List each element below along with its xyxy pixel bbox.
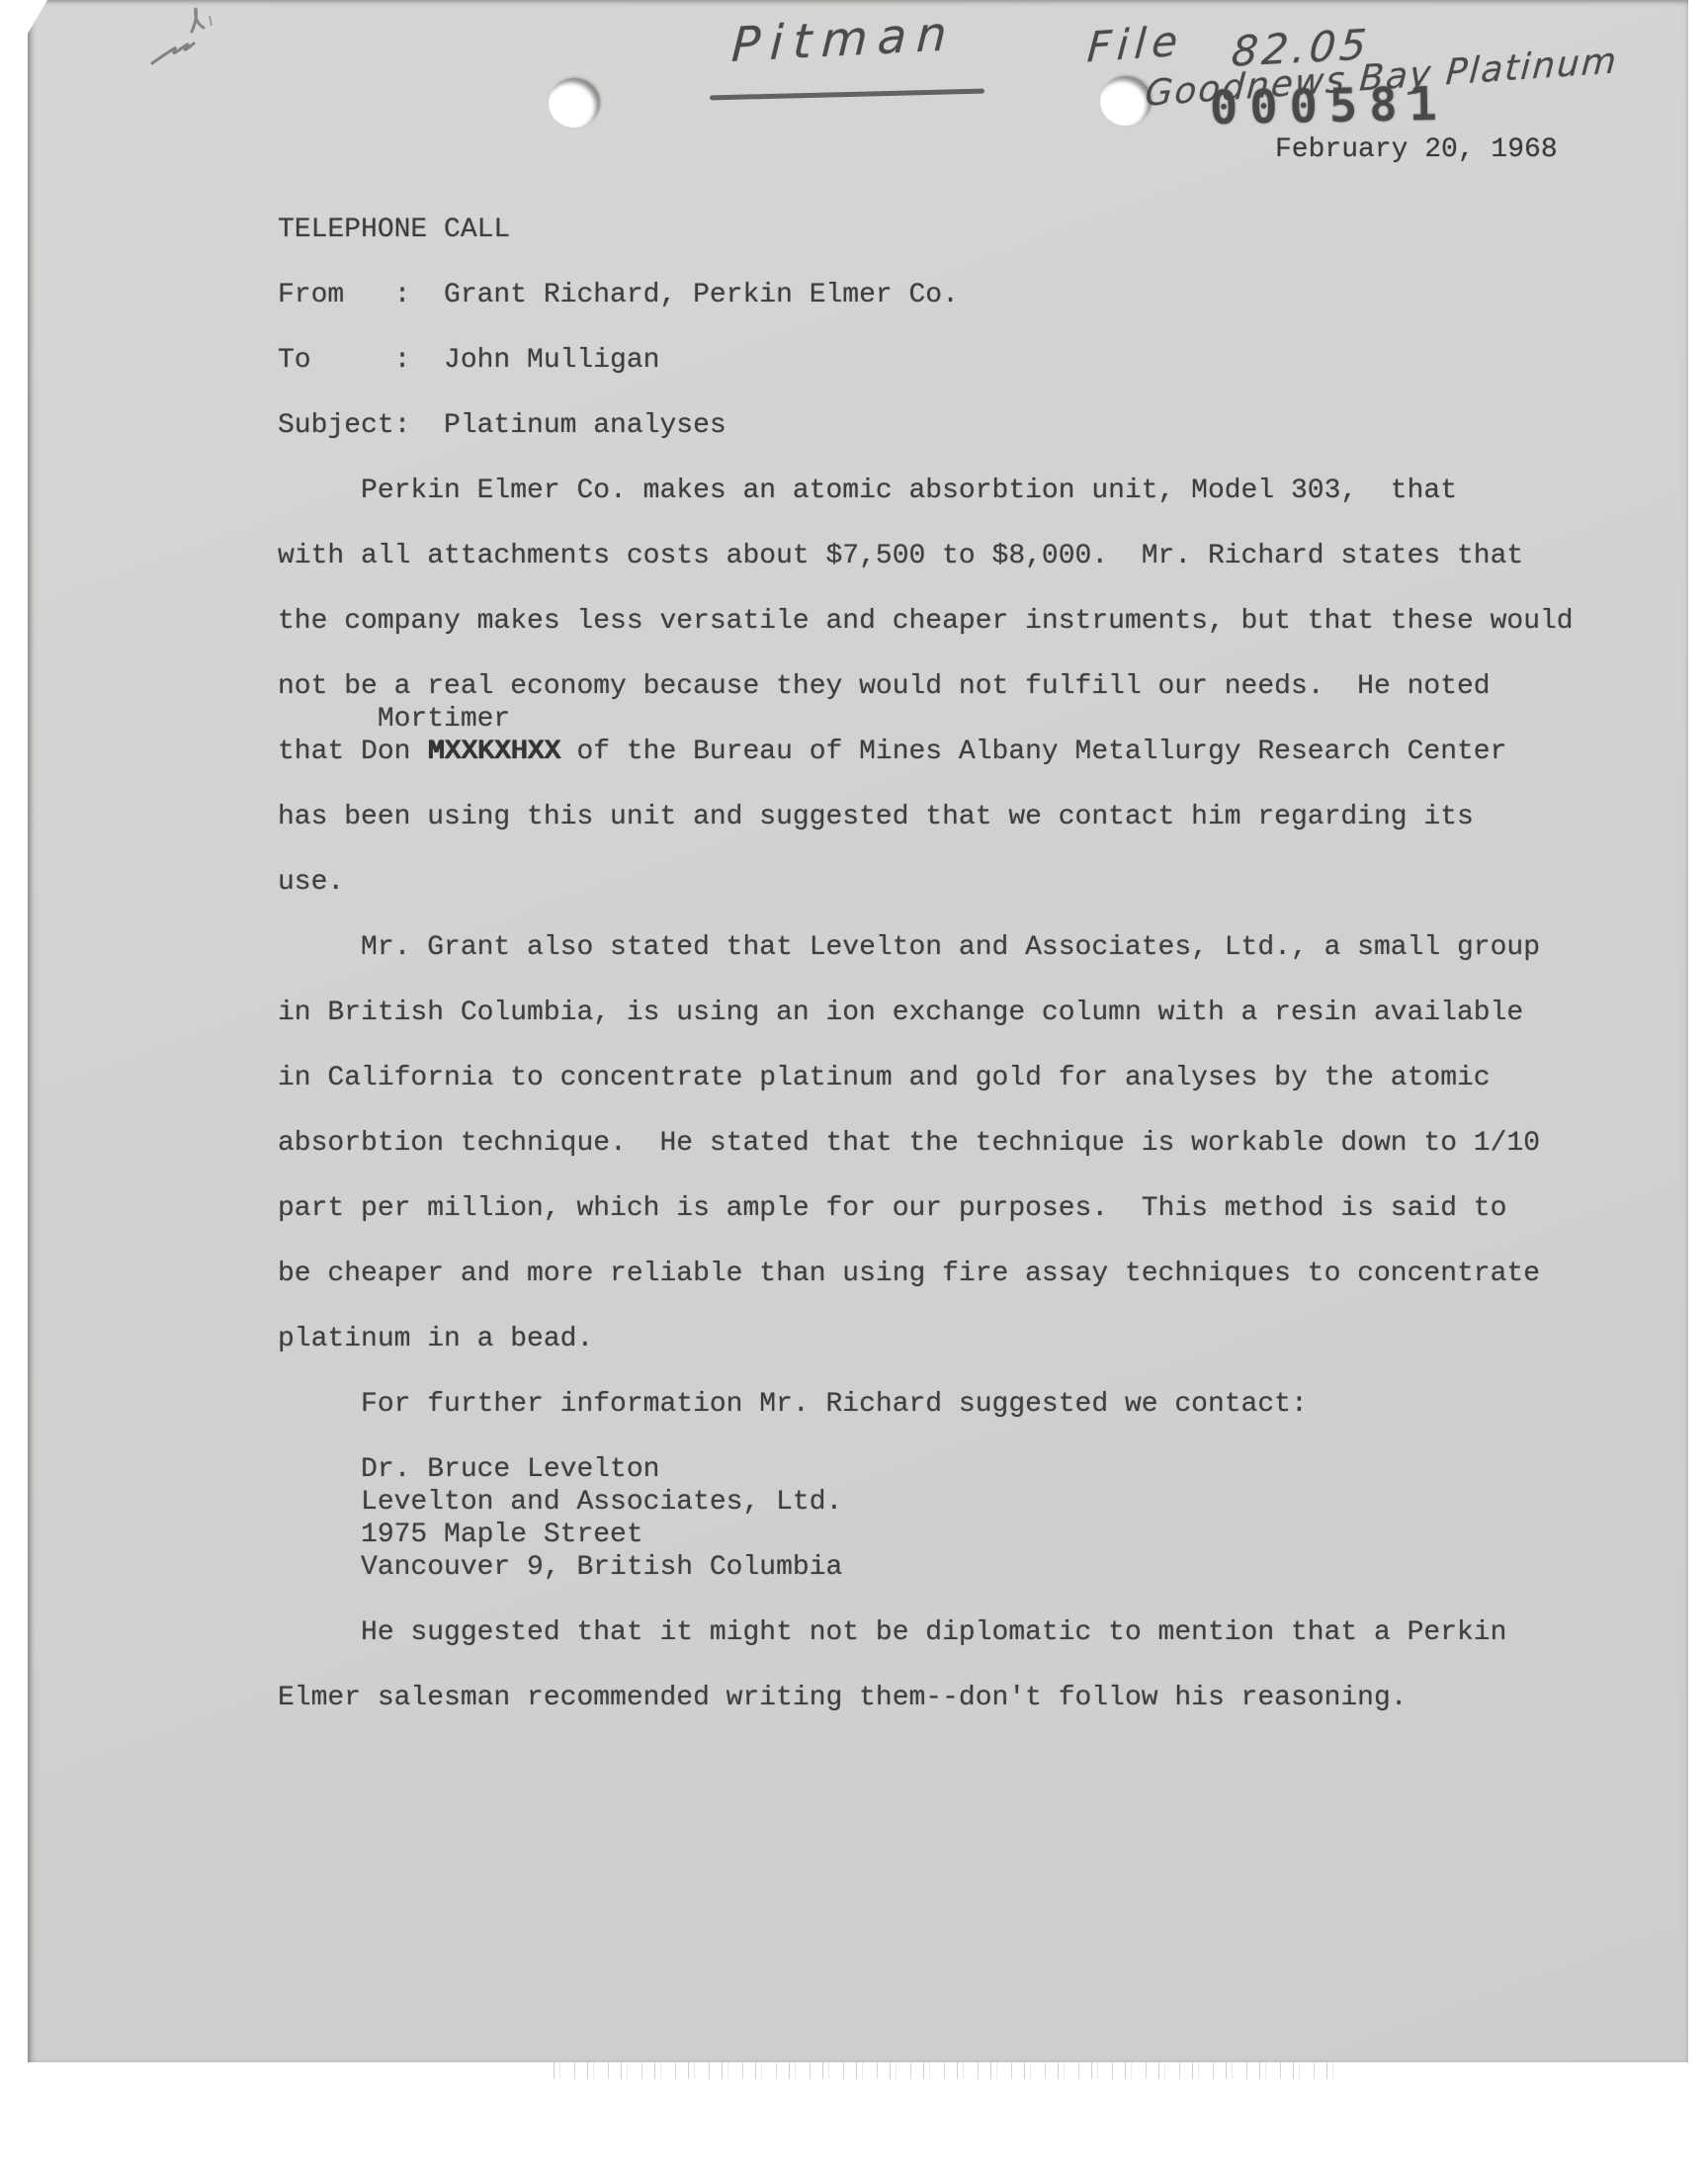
scan-edge-artifacts [554,2062,1344,2079]
scanned-document: Pitman File 82.05 000581 Goodnews Bay Pl… [0,0,1708,2175]
overstruck-name: MXXKXHXX [428,736,560,768]
hole-punch-icon [549,78,600,128]
memo-page: Pitman File 82.05 000581 Goodnews Bay Pl… [28,0,1688,2062]
typed-memo-text: TELEPHONE CALL From : Grant Richard, Per… [278,214,1574,1714]
handwritten-underline [710,89,984,101]
handwritten-recipient-name: Pitman [730,6,958,73]
pencil-scribble [144,2,312,96]
date-line: February 20, 1968 [1275,134,1558,165]
handwritten-file-label: File [1085,16,1185,71]
